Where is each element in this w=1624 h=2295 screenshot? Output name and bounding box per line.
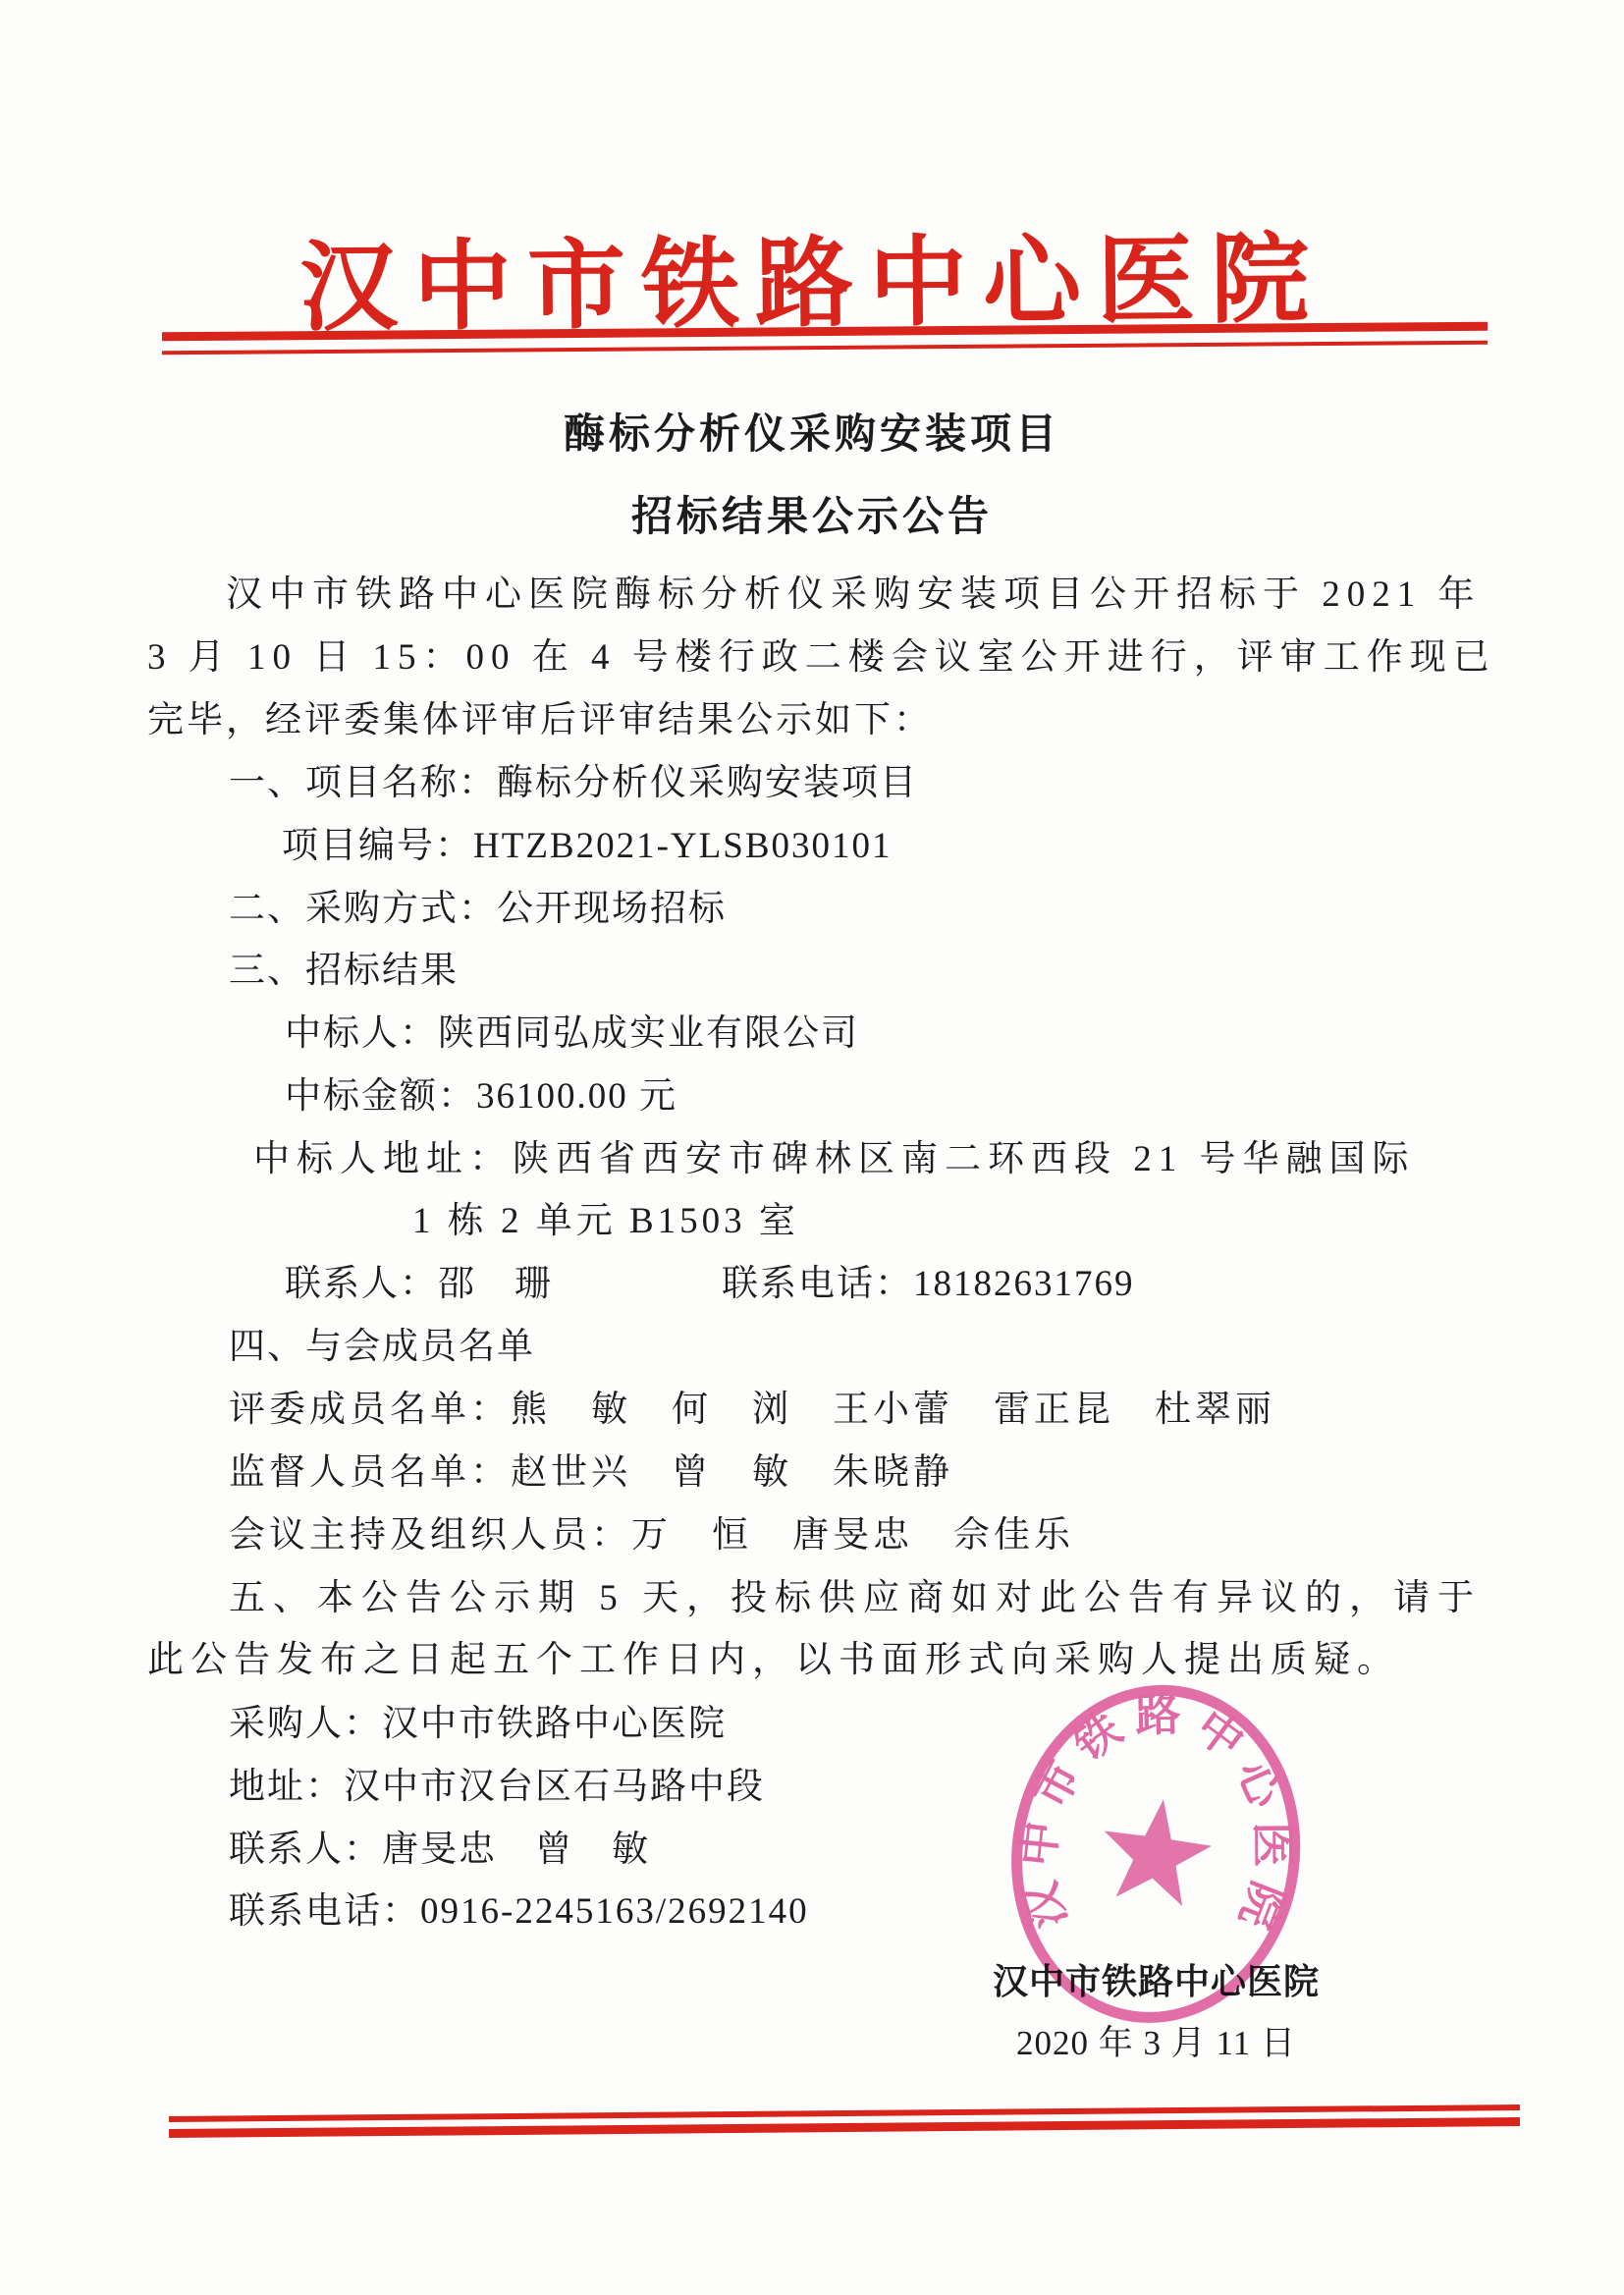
- bid-winner: 中标人：陕西同弘成实业有限公司: [285, 1011, 859, 1057]
- section-project-code: 项目编号：HTZB2021-YLSB030101: [282, 824, 893, 869]
- signature-organization: 汉中市铁路中心医院: [987, 1954, 1326, 2004]
- section-procurement-method: 二、采购方式：公开现场招标: [229, 887, 727, 932]
- objection-line-1: 五、本公告公示期 5 天，投标供应商如对此公告有异议的，请于: [229, 1576, 1482, 1621]
- purchaser-phone: 联系电话：0916-2245163/2692140: [229, 1889, 809, 1935]
- winner-address-line-1: 中标人地址：陕西省西安市碑林区南二环西段 21 号华融国际: [253, 1137, 1416, 1182]
- winner-contact-phone: 联系电话：18182631769: [722, 1264, 1135, 1304]
- signature-date: 2020 年 3 月 11 日: [987, 2016, 1326, 2065]
- judges-list: 评委成员名单：熊 敏 何 浏 王小蕾 雷正昆 杜翠丽: [229, 1388, 1275, 1433]
- section-attendees-heading: 四、与会成员名单: [229, 1325, 535, 1370]
- winner-address-line-2: 1 栋 2 单元 B1503 室: [412, 1199, 799, 1244]
- objection-line-2: 此公告发布之日起五个工作日内，以书面形式向采购人提出质疑。: [147, 1638, 1400, 1683]
- document-title-announcement: 招标结果公示公告: [0, 484, 1624, 543]
- purchaser-address: 地址：汉中市汉台区石马路中段: [229, 1765, 765, 1810]
- winner-contact-row: 联系人：邵 珊联系电话：18182631769: [285, 1262, 1135, 1307]
- document-title-project: 酶标分析仪采购安装项目: [0, 402, 1624, 461]
- supervisors-list: 监督人员名单：赵世兴 曾 敏 朱晓静: [229, 1450, 953, 1496]
- purchaser-name: 采购人：汉中市铁路中心医院: [229, 1702, 727, 1747]
- announcement-document: 汉中市铁路中心医院 酶标分析仪采购安装项目 招标结果公示公告 汉中市铁路中心医院…: [0, 0, 1624, 2295]
- bid-amount: 中标金额：36100.00 元: [285, 1074, 677, 1120]
- winner-contact-person: 联系人：邵 珊: [285, 1264, 553, 1304]
- intro-line-1: 汉中市铁路中心医院酶标分析仪采购安装项目公开招标于 2021 年: [226, 573, 1482, 618]
- purchaser-contact: 联系人：唐旻忠 曾 敏: [229, 1828, 650, 1873]
- intro-line-2: 3 月 10 日 15：00 在 4 号楼行政二楼会议室公开进行，评审工作现已: [147, 635, 1496, 681]
- hosts-list: 会议主持及组织人员：万 恒 唐旻忠 佘佳乐: [229, 1513, 1074, 1558]
- seal-text: 汉中市铁路中心医院: [1001, 1669, 1321, 1970]
- intro-line-3: 完毕，经评委集体评审后评审结果公示如下：: [147, 698, 933, 743]
- section-bid-result-heading: 三、招标结果: [229, 949, 459, 994]
- section-project-name: 一、项目名称：酶标分析仪采购安装项目: [229, 761, 918, 806]
- star-icon: [1096, 1792, 1218, 1909]
